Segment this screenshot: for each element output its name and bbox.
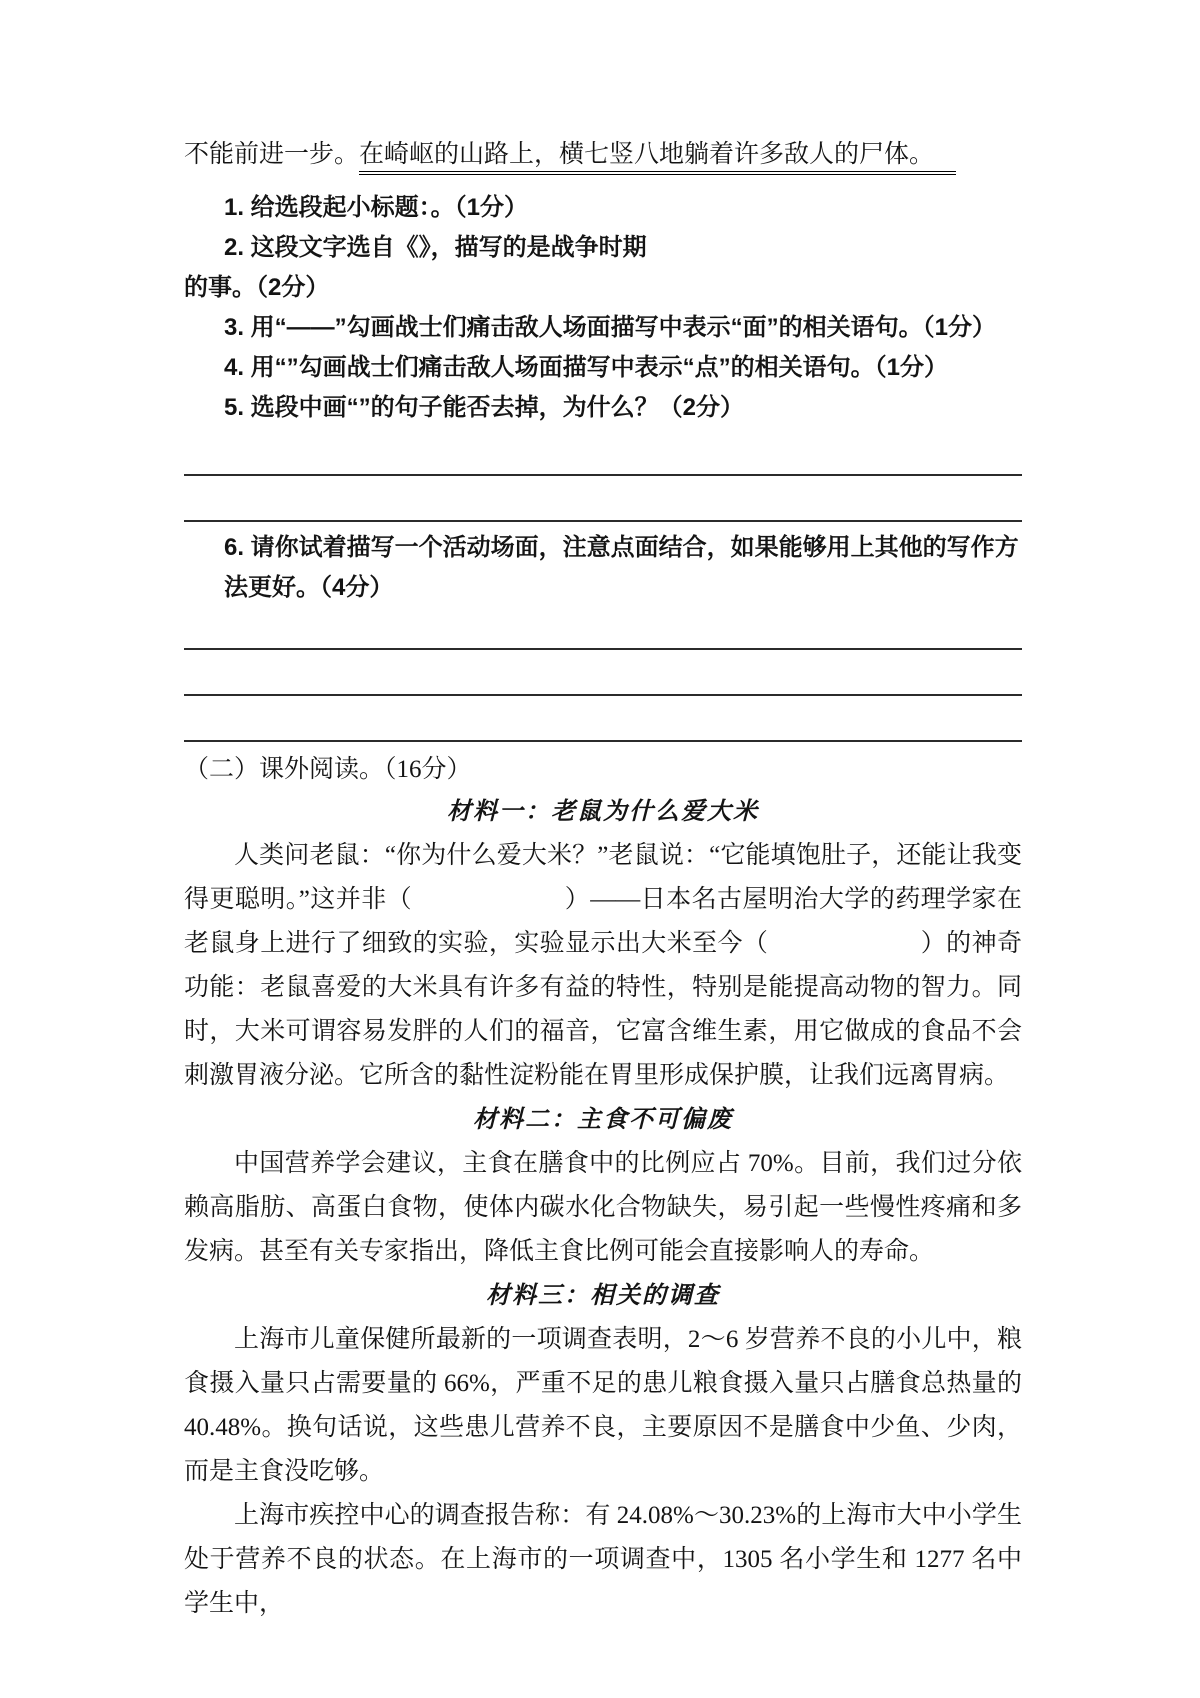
- passage-excerpt: 不能前进一步。在崎岖的山路上，横七竖八地躺着许多敌人的尸体。: [184, 138, 1022, 172]
- question-6-line1: 6. 请你试着描写一个活动场面，注意点面结合，如果能够用上其他的写作方: [224, 528, 1022, 568]
- material-3-paragraph-1: 上海市儿童保健所最新的一项调查表明，2～6 岁营养不良的小儿中，粮食摄入量只占需…: [184, 1318, 1022, 1494]
- material-2-heading: 材料二：主食不可偏废: [184, 1098, 1022, 1142]
- question-2-line1: 2. 这段文字选自《》，描写的是战争时期: [224, 228, 1022, 268]
- answer-line: [184, 694, 1022, 696]
- answer-line: [184, 648, 1022, 650]
- material-1-heading: 材料一：老鼠为什么爱大米: [184, 790, 1022, 834]
- answer-area-q6: [184, 648, 1022, 742]
- answer-line: [184, 474, 1022, 476]
- answer-line: [184, 740, 1022, 742]
- answer-line: [184, 520, 1022, 522]
- answer-area-q5: [184, 474, 1022, 522]
- question-3: 3. 用“——”勾画战士们痛击敌人场面描写中表示“面”的相关语句。（1分）: [224, 308, 1022, 348]
- question-2-line2: 的事。（2分）: [184, 268, 1022, 308]
- question-1: 1. 给选段起小标题：。（1分）: [224, 188, 1022, 228]
- question-4: 4. 用“”勾画战士们痛击敌人场面描写中表示“点”的相关语句。（1分）: [224, 348, 1022, 388]
- section-2-title: （二）课外阅读。（16分）: [184, 750, 1022, 790]
- material-1-paragraph: 人类问老鼠：“你为什么爱大米？”老鼠说：“它能填饱肚子，还能让我变得更聪明。”这…: [184, 834, 1022, 1098]
- passage-underlined-sentence: 在崎岖的山路上，横七竖八地躺着许多敌人的尸体。: [359, 141, 956, 175]
- exam-page: 不能前进一步。在崎岖的山路上，横七竖八地躺着许多敌人的尸体。 1. 给选段起小标…: [0, 0, 1200, 1698]
- question-5: 5. 选段中画“”的句子能否去掉，为什么？（2分）: [224, 388, 1022, 428]
- material-2-paragraph: 中国营养学会建议，主食在膳食中的比例应占 70%。目前，我们过分依赖高脂肪、高蛋…: [184, 1142, 1022, 1274]
- question-6-line2: 法更好。（4分）: [224, 568, 1022, 608]
- passage-lead: 不能前进一步。: [184, 141, 359, 168]
- material-3-heading: 材料三：相关的调查: [184, 1274, 1022, 1318]
- material-3-paragraph-2: 上海市疾控中心的调查报告称：有 24.08%～30.23%的上海市大中小学生处于…: [184, 1494, 1022, 1626]
